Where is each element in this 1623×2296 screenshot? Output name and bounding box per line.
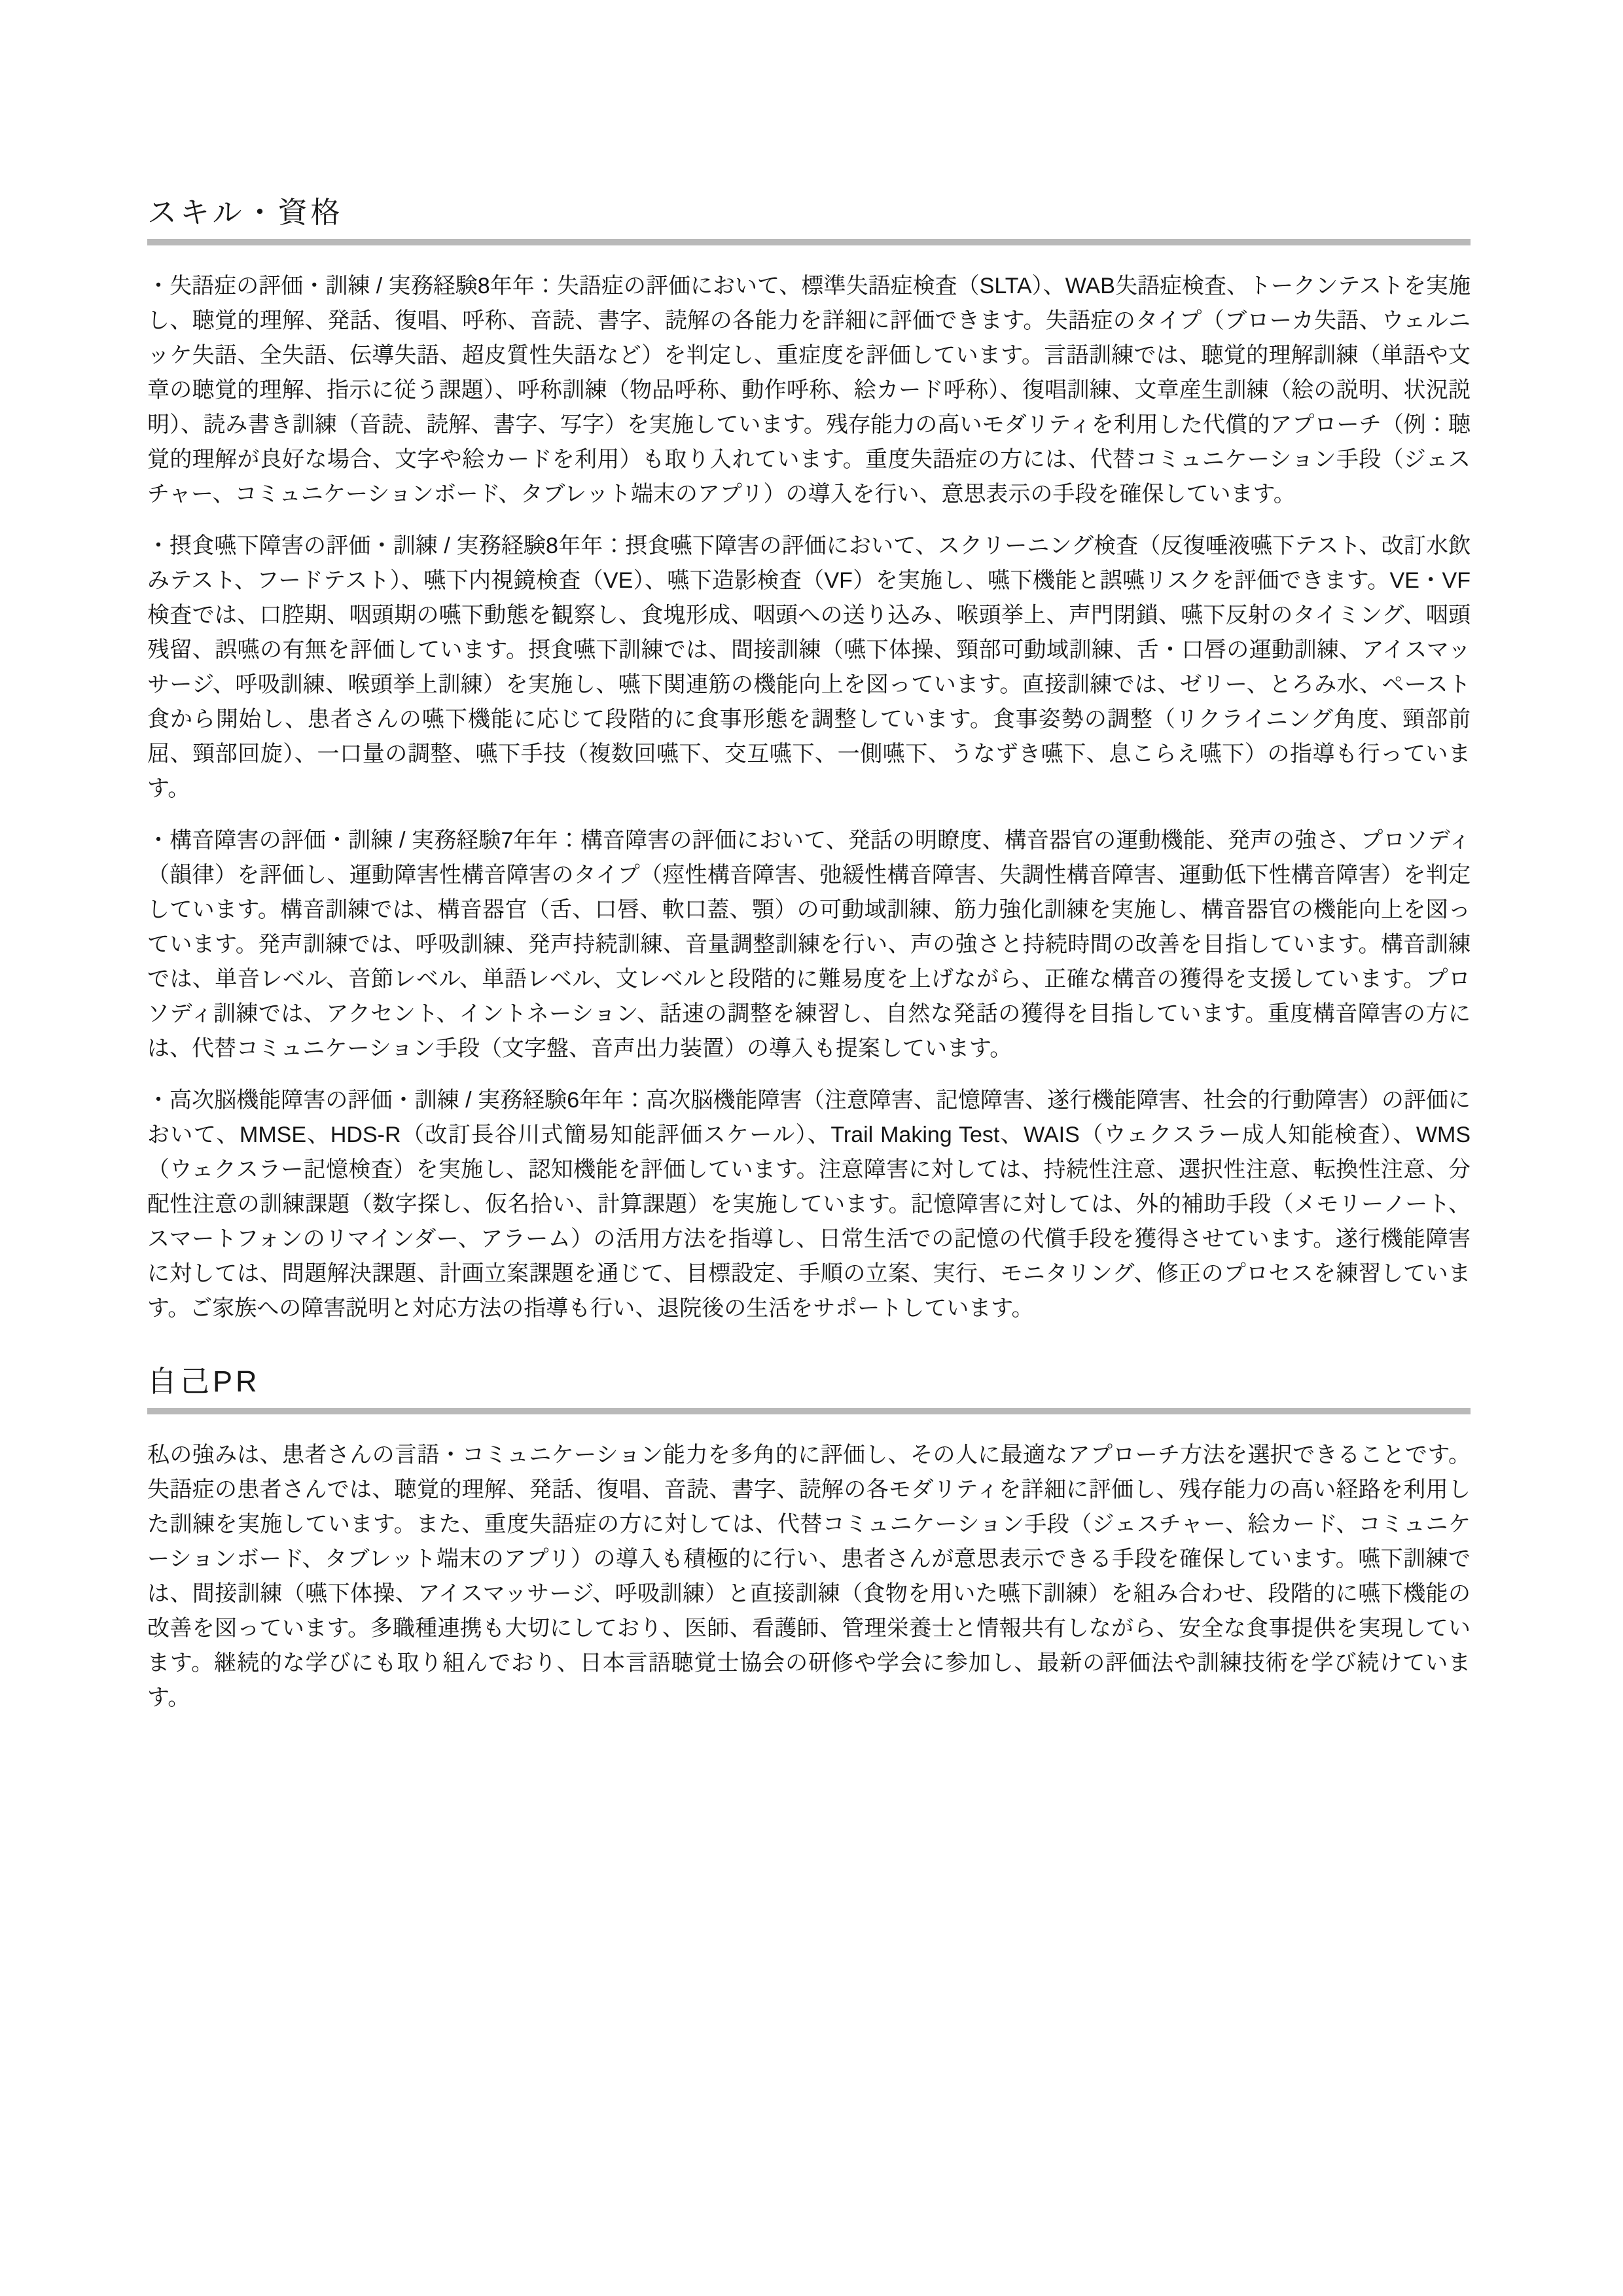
- section-self-pr: 自己PR 私の強みは、患者さんの言語・コミュニケーション能力を多角的に評価し、そ…: [147, 1364, 1471, 1715]
- self-pr-paragraph: 私の強みは、患者さんの言語・コミュニケーション能力を多角的に評価し、その人に最適…: [147, 1438, 1471, 1715]
- skills-paragraph-aphasia: ・失語症の評価・訓練 / 実務経験8年年：失語症の評価において、標準失語症検査（…: [147, 269, 1471, 512]
- resume-document-page: スキル・資格 ・失語症の評価・訓練 / 実務経験8年年：失語症の評価において、標…: [0, 0, 1623, 2296]
- skills-section-body: ・失語症の評価・訓練 / 実務経験8年年：失語症の評価において、標準失語症検査（…: [147, 269, 1471, 1326]
- skills-paragraph-articulation: ・構音障害の評価・訓練 / 実務経験7年年：構音障害の評価において、発話の明瞭度…: [147, 823, 1471, 1066]
- skills-section-title: スキル・資格: [147, 195, 1471, 230]
- skills-section-divider: [147, 239, 1471, 245]
- section-skills-qualifications: スキル・資格 ・失語症の評価・訓練 / 実務経験8年年：失語症の評価において、標…: [147, 195, 1471, 1326]
- section-spacer: [147, 1326, 1471, 1364]
- self-pr-section-title: 自己PR: [147, 1364, 1471, 1399]
- self-pr-section-divider: [147, 1408, 1471, 1414]
- self-pr-section-body: 私の強みは、患者さんの言語・コミュニケーション能力を多角的に評価し、その人に最適…: [147, 1438, 1471, 1715]
- skills-paragraph-dysphagia: ・摂食嚥下障害の評価・訓練 / 実務経験8年年：摂食嚥下障害の評価において、スク…: [147, 529, 1471, 806]
- skills-paragraph-cognitive: ・高次脳機能障害の評価・訓練 / 実務経験6年年：高次脳機能障害（注意障害、記憶…: [147, 1083, 1471, 1326]
